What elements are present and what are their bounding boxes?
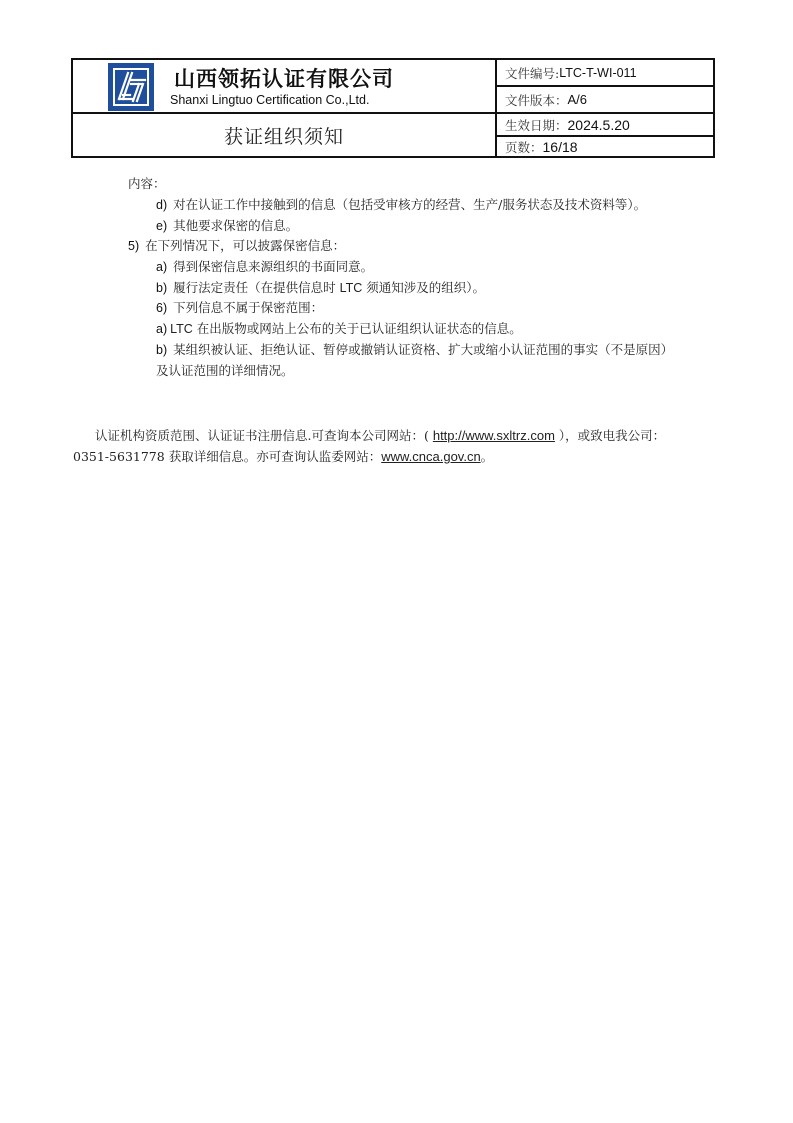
list-item: 6)下列信息不属于保密范围：: [156, 300, 323, 316]
list-text: 某组织被认证、拒绝认证、暂停或撤销认证资格、扩大或缩小认证范围的事实（不是原因）: [173, 342, 673, 357]
meta-value: 2024.5.20: [568, 117, 630, 133]
document-title-cell: 获证组织须知: [73, 114, 495, 156]
header-meta-column: 文件编号:LTC-T-WI-011 文件版本：A/6 生效日期：2024.5.2…: [497, 60, 713, 156]
list-item: b)履行法定责任（在提供信息时 LTC 须通知涉及的组织）。: [156, 280, 485, 296]
company-name-english: Shanxi Lingtuo Certification Co.,Ltd.: [170, 93, 369, 107]
document-header-table: 山西领拓认证有限公司 Shanxi Lingtuo Certification …: [71, 58, 715, 158]
meta-value: A/6: [568, 92, 588, 107]
list-marker: d): [156, 198, 167, 212]
company-website-link[interactable]: http://www.sxltrz.com: [433, 428, 555, 443]
footer-text: ），或致电我公司：: [555, 428, 665, 443]
meta-value: 16/18: [543, 139, 578, 155]
list-marker: a): [156, 260, 167, 274]
list-item: e)其他要求保密的信息。: [156, 218, 298, 234]
lt-logo-icon: [108, 63, 154, 111]
list-marker: 6): [156, 301, 167, 315]
contact-paragraph: 认证机构资质范围、认证证书注册信息.可查询本公司网站：( http://www.…: [77, 425, 722, 467]
list-text-abbr: LTC: [340, 281, 363, 295]
list-marker: b): [156, 343, 167, 357]
list-marker: 5): [128, 239, 139, 253]
footer-text: 获取详细信息。亦可查询认监委网站：: [165, 449, 381, 464]
list-text: 在下列情况下，可以披露保密信息：: [145, 238, 345, 253]
cnca-website-link[interactable]: www.cnca.gov.cn: [381, 449, 480, 464]
meta-value: LTC-T-WI-011: [559, 66, 636, 80]
phone-number: 0351-5631778: [73, 449, 165, 464]
list-item: a)LTC 在出版物或网站上公布的关于已认证组织认证状态的信息。: [156, 321, 522, 337]
company-cell: 山西领拓认证有限公司 Shanxi Lingtuo Certification …: [73, 60, 495, 114]
list-item: 5)在下列情况下，可以披露保密信息：: [128, 238, 345, 254]
list-text: 对在认证工作中接触到的信息（包括受审核方的经营、生产/服务状态及技术资料等）。: [173, 197, 646, 212]
meta-effective-date: 生效日期：2024.5.20: [497, 114, 713, 137]
list-item-continuation: 及认证范围的详细情况。: [156, 363, 294, 379]
list-text: 其他要求保密的信息。: [173, 218, 298, 233]
company-name-chinese: 山西领拓认证有限公司: [174, 63, 394, 93]
footer-line-1: 认证机构资质范围、认证证书注册信息.可查询本公司网站：( http://www.…: [77, 425, 722, 446]
list-text: 下列信息不属于保密范围：: [173, 300, 323, 315]
footer-text: 。: [481, 449, 494, 464]
list-text: 履行法定责任（在提供信息时: [173, 280, 339, 295]
list-text: 及认证范围的详细情况。: [156, 363, 294, 378]
list-text: 在出版物或网站上公布的关于已认证组织认证状态的信息。: [193, 321, 522, 336]
list-item: b)某组织被认证、拒绝认证、暂停或撤销认证资格、扩大或缩小认证范围的事实（不是原…: [156, 342, 673, 358]
document-title: 获证组织须知: [224, 122, 344, 149]
content-intro: 内容：: [128, 176, 166, 192]
meta-page-count: 页数：16/18: [497, 137, 713, 156]
meta-label: 文件编号:: [505, 64, 559, 82]
list-marker: a): [156, 322, 167, 336]
footer-text: 认证机构资质范围、认证证书注册信息.可查询本公司网站：(: [95, 428, 429, 443]
list-item: a)得到保密信息来源组织的书面同意。: [156, 259, 373, 275]
list-text: 得到保密信息来源组织的书面同意。: [173, 259, 373, 274]
list-item: d)对在认证工作中接触到的信息（包括受审核方的经营、生产/服务状态及技术资料等）…: [156, 197, 646, 213]
list-text-abbr: LTC: [170, 322, 193, 336]
footer-line-2: 0351-5631778 获取详细信息。亦可查询认监委网站：www.cnca.g…: [73, 446, 722, 467]
list-text: 须通知涉及的组织）。: [362, 280, 485, 295]
meta-label: 生效日期：: [505, 116, 568, 134]
header-left-column: 山西领拓认证有限公司 Shanxi Lingtuo Certification …: [73, 60, 497, 156]
meta-label: 页数：: [505, 138, 543, 156]
list-marker: b): [156, 281, 167, 295]
meta-document-number: 文件编号:LTC-T-WI-011: [497, 60, 713, 87]
list-marker: e): [156, 219, 167, 233]
meta-document-version: 文件版本：A/6: [497, 87, 713, 114]
meta-label: 文件版本：: [505, 91, 568, 109]
